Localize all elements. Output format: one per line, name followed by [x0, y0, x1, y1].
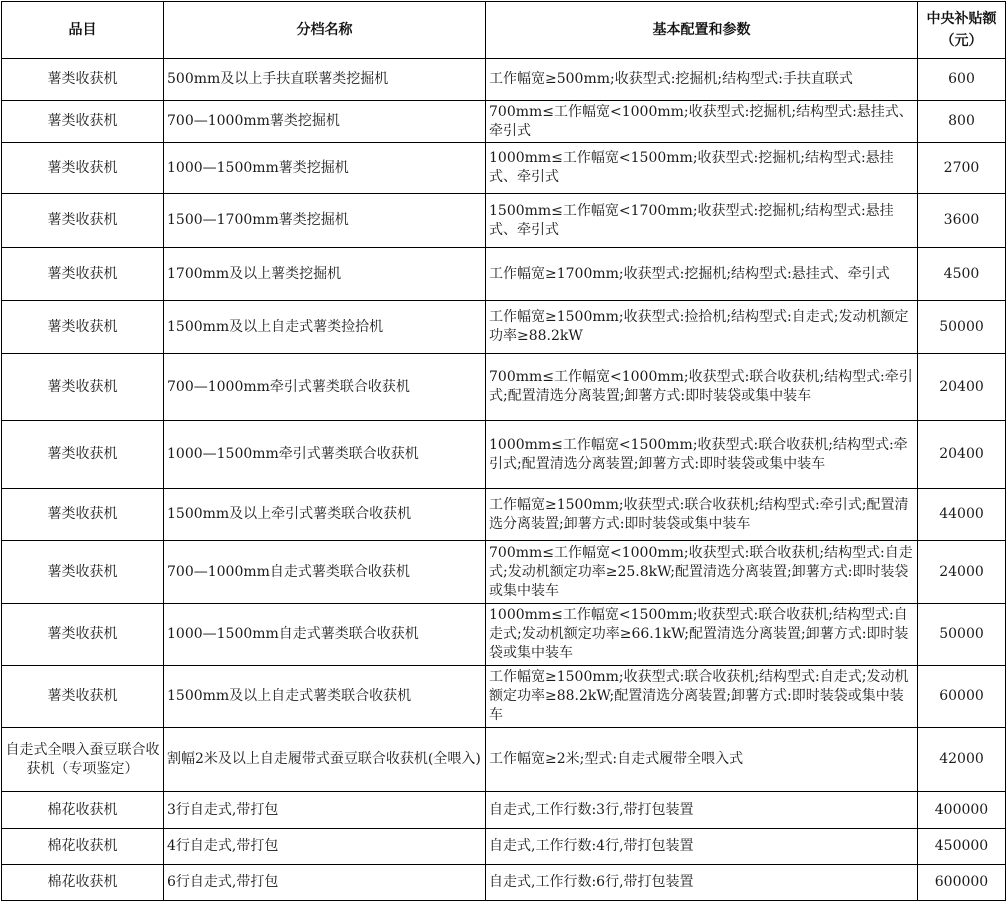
cell-amount: 20400 — [918, 354, 1006, 421]
header-tier-name: 分档名称 — [164, 2, 486, 59]
cell-spec: 工作幅宽≥500mm;收获型式:挖掘机;结构型式:手扶直联式 — [486, 59, 918, 101]
table-row: 薯类收获机1500mm及以上牵引式薯类联合收获机工作幅宽≥1500mm;收获型式… — [2, 489, 1006, 541]
cell-spec: 1000mm≤工作幅宽<1500mm;收获型式:联合收获机;结构型式:自走式;发… — [486, 604, 918, 666]
cell-tier-name: 700—1000mm牵引式薯类联合收获机 — [164, 354, 486, 421]
cell-tier-name: 1000—1500mm薯类挖掘机 — [164, 143, 486, 194]
cell-amount: 800 — [918, 101, 1006, 143]
cell-amount: 60000 — [918, 666, 1006, 728]
cell-amount: 50000 — [918, 604, 1006, 666]
table-row: 薯类收获机1000—1500mm牵引式薯类联合收获机1000mm≤工作幅宽<15… — [2, 421, 1006, 489]
cell-spec: 1500mm≤工作幅宽<1700mm;收获型式:挖掘机;结构型式:悬挂式、牵引式 — [486, 194, 918, 248]
cell-item: 薯类收获机 — [2, 541, 164, 604]
cell-item: 薯类收获机 — [2, 101, 164, 143]
cell-amount: 400000 — [918, 792, 1006, 829]
cell-amount: 42000 — [918, 728, 1006, 792]
cell-tier-name: 1500mm及以上牵引式薯类联合收获机 — [164, 489, 486, 541]
table-row: 薯类收获机1000—1500mm薯类挖掘机1000mm≤工作幅宽<1500mm;… — [2, 143, 1006, 194]
cell-tier-name: 3行自走式,带打包 — [164, 792, 486, 829]
cell-amount: 24000 — [918, 541, 1006, 604]
cell-amount: 44000 — [918, 489, 1006, 541]
table-row: 自走式全喂入蚕豆联合收获机（专项鉴定）割幅2米及以上自走履带式蚕豆联合收获机(全… — [2, 728, 1006, 792]
table-row: 薯类收获机500mm及以上手扶直联薯类挖掘机工作幅宽≥500mm;收获型式:挖掘… — [2, 59, 1006, 101]
cell-item: 自走式全喂入蚕豆联合收获机（专项鉴定） — [2, 728, 164, 792]
cell-amount: 4500 — [918, 248, 1006, 301]
table-row: 棉花收获机3行自走式,带打包自走式,工作行数:3行,带打包装置400000 — [2, 792, 1006, 829]
cell-item: 棉花收获机 — [2, 829, 164, 865]
header-item: 品目 — [2, 2, 164, 59]
cell-amount: 50000 — [918, 301, 1006, 354]
cell-item: 薯类收获机 — [2, 194, 164, 248]
cell-tier-name: 1000—1500mm自走式薯类联合收获机 — [164, 604, 486, 666]
table-row: 薯类收获机1500—1700mm薯类挖掘机1500mm≤工作幅宽<1700mm;… — [2, 194, 1006, 248]
table-row: 薯类收获机700—1000mm薯类挖掘机700mm≤工作幅宽<1000mm;收获… — [2, 101, 1006, 143]
table-row: 薯类收获机1500mm及以上自走式薯类捡拾机工作幅宽≥1500mm;收获型式:捡… — [2, 301, 1006, 354]
table-row: 薯类收获机700—1000mm自走式薯类联合收获机700mm≤工作幅宽<1000… — [2, 541, 1006, 604]
header-amount: 中央补贴额（元） — [918, 2, 1006, 59]
table-row: 棉花收获机4行自走式,带打包自走式,工作行数:4行,带打包装置450000 — [2, 829, 1006, 865]
cell-amount: 2700 — [918, 143, 1006, 194]
cell-tier-name: 500mm及以上手扶直联薯类挖掘机 — [164, 59, 486, 101]
cell-amount: 450000 — [918, 829, 1006, 865]
cell-spec: 自走式,工作行数:6行,带打包装置 — [486, 865, 918, 901]
cell-spec: 1000mm≤工作幅宽<1500mm;收获型式:联合收获机;结构型式:牵引式;配… — [486, 421, 918, 489]
cell-spec: 工作幅宽≥1500mm;收获型式:捡拾机;结构型式:自走式;发动机额定功率≥88… — [486, 301, 918, 354]
cell-item: 棉花收获机 — [2, 865, 164, 901]
cell-amount: 3600 — [918, 194, 1006, 248]
cell-spec: 工作幅宽≥1500mm;收获型式:联合收获机;结构型式:自走式;发动机额定功率≥… — [486, 666, 918, 728]
table-row: 薯类收获机700—1000mm牵引式薯类联合收获机700mm≤工作幅宽<1000… — [2, 354, 1006, 421]
header-spec: 基本配置和参数 — [486, 2, 918, 59]
cell-spec: 700mm≤工作幅宽<1000mm;收获型式:挖掘机;结构型式:悬挂式、牵引式 — [486, 101, 918, 143]
cell-item: 薯类收获机 — [2, 604, 164, 666]
cell-tier-name: 1500mm及以上自走式薯类捡拾机 — [164, 301, 486, 354]
cell-tier-name: 1500mm及以上自走式薯类联合收获机 — [164, 666, 486, 728]
cell-item: 棉花收获机 — [2, 792, 164, 829]
cell-tier-name: 割幅2米及以上自走履带式蚕豆联合收获机(全喂入) — [164, 728, 486, 792]
cell-spec: 自走式,工作行数:4行,带打包装置 — [486, 829, 918, 865]
cell-spec: 工作幅宽≥1700mm;收获型式:挖掘机;结构型式:悬挂式、牵引式 — [486, 248, 918, 301]
cell-tier-name: 700—1000mm薯类挖掘机 — [164, 101, 486, 143]
cell-item: 薯类收获机 — [2, 489, 164, 541]
cell-item: 薯类收获机 — [2, 248, 164, 301]
cell-spec: 700mm≤工作幅宽<1000mm;收获型式:联合收获机;结构型式:自走式;发动… — [486, 541, 918, 604]
cell-spec: 工作幅宽≥1500mm;收获型式:联合收获机;结构型式:牵引式;配置清选分离装置… — [486, 489, 918, 541]
cell-amount: 600000 — [918, 865, 1006, 901]
cell-item: 薯类收获机 — [2, 59, 164, 101]
cell-tier-name: 1700mm及以上薯类挖掘机 — [164, 248, 486, 301]
cell-tier-name: 1500—1700mm薯类挖掘机 — [164, 194, 486, 248]
table-row: 薯类收获机1500mm及以上自走式薯类联合收获机工作幅宽≥1500mm;收获型式… — [2, 666, 1006, 728]
table-row: 棉花收获机6行自走式,带打包自走式,工作行数:6行,带打包装置600000 — [2, 865, 1006, 901]
subsidy-table: 品目 分档名称 基本配置和参数 中央补贴额（元） 薯类收获机500mm及以上手扶… — [1, 1, 1006, 901]
cell-item: 薯类收获机 — [2, 301, 164, 354]
header-row: 品目 分档名称 基本配置和参数 中央补贴额（元） — [2, 2, 1006, 59]
cell-spec: 1000mm≤工作幅宽<1500mm;收获型式:挖掘机;结构型式:悬挂式、牵引式 — [486, 143, 918, 194]
cell-item: 薯类收获机 — [2, 666, 164, 728]
cell-spec: 自走式,工作行数:3行,带打包装置 — [486, 792, 918, 829]
cell-item: 薯类收获机 — [2, 143, 164, 194]
cell-tier-name: 700—1000mm自走式薯类联合收获机 — [164, 541, 486, 604]
cell-amount: 600 — [918, 59, 1006, 101]
cell-tier-name: 1000—1500mm牵引式薯类联合收获机 — [164, 421, 486, 489]
cell-tier-name: 6行自走式,带打包 — [164, 865, 486, 901]
cell-spec: 700mm≤工作幅宽<1000mm;收获型式:联合收获机;结构型式:牵引式;配置… — [486, 354, 918, 421]
cell-item: 薯类收获机 — [2, 354, 164, 421]
cell-amount: 20400 — [918, 421, 1006, 489]
table-row: 薯类收获机1000—1500mm自走式薯类联合收获机1000mm≤工作幅宽<15… — [2, 604, 1006, 666]
table-body: 薯类收获机500mm及以上手扶直联薯类挖掘机工作幅宽≥500mm;收获型式:挖掘… — [2, 59, 1006, 901]
cell-item: 薯类收获机 — [2, 421, 164, 489]
cell-tier-name: 4行自走式,带打包 — [164, 829, 486, 865]
cell-spec: 工作幅宽≥2米;型式:自走式履带全喂入式 — [486, 728, 918, 792]
table-row: 薯类收获机1700mm及以上薯类挖掘机工作幅宽≥1700mm;收获型式:挖掘机;… — [2, 248, 1006, 301]
